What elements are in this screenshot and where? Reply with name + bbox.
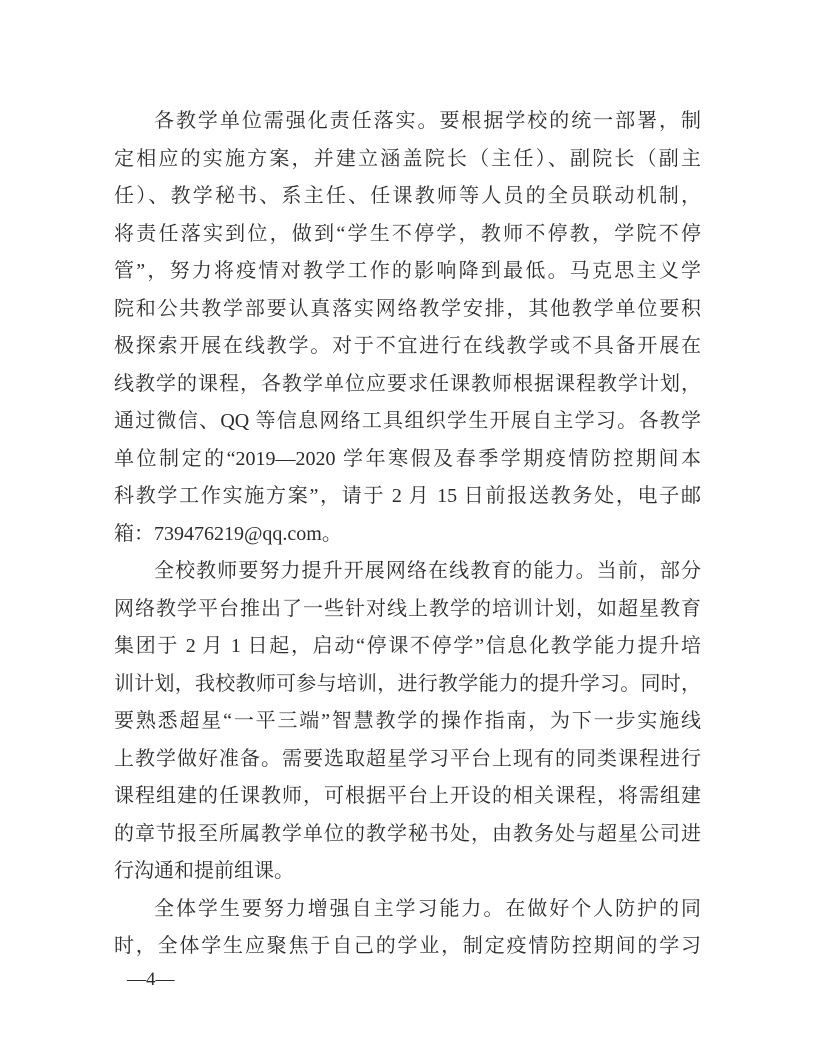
text-line: 单位制定的“2019—2020 学年寒假及春季学期疫情防控期间本 — [114, 441, 701, 479]
document-body: 各教学单位需强化责任落实。要根据学校的统一部署，制定相应的实施方案，并建立涵盖院… — [114, 103, 701, 966]
text-line: 上教学做好准备。需要选取超星学习平台上现有的同类课程进行 — [114, 741, 701, 779]
text-line: 要熟悉超星“一平三端”智慧教学的操作指南，为下一步实施线 — [114, 703, 701, 741]
text-line: 网络教学平台推出了一些针对线上教学的培训计划，如超星教育 — [114, 591, 701, 629]
text-line: 院和公共教学部要认真落实网络教学安排，其他教学单位要积 — [114, 291, 701, 329]
text-line: 集团于 2 月 1 日起，启动“停课不停学”信息化教学能力提升培 — [114, 628, 701, 666]
text-line: 全校教师要努力提升开展网络在线教育的能力。当前，部分 — [114, 553, 701, 591]
text-line: 箱：739476219@qq.com。 — [114, 516, 701, 554]
text-line: 管”，努力将疫情对教学工作的影响降到最低。马克思主义学 — [114, 253, 701, 291]
text-line: 行沟通和提前组课。 — [114, 853, 701, 891]
text-line: 任）、教学秘书、系主任、任课教师等人员的全员联动机制， — [114, 178, 701, 216]
text-line: 时，全体学生应聚焦于自己的学业，制定疫情防控期间的学习 — [114, 928, 701, 966]
page-number: —4— — [127, 968, 175, 992]
text-line: 各教学单位需强化责任落实。要根据学校的统一部署，制 — [114, 103, 701, 141]
document-page: 各教学单位需强化责任落实。要根据学校的统一部署，制定相应的实施方案，并建立涵盖院… — [0, 0, 816, 1056]
text-line: 通过微信、QQ 等信息网络工具组织学生开展自主学习。各教学 — [114, 403, 701, 441]
text-line: 科教学工作实施方案”，请于 2 月 15 日前报送教务处，电子邮 — [114, 478, 701, 516]
text-line: 定相应的实施方案，并建立涵盖院长（主任）、副院长（副主 — [114, 141, 701, 179]
text-line: 训计划，我校教师可参与培训，进行教学能力的提升学习。同时， — [114, 666, 701, 704]
text-line: 将责任落实到位，做到“学生不停学，教师不停教，学院不停 — [114, 216, 701, 254]
text-line: 全体学生要努力增强自主学习能力。在做好个人防护的同 — [114, 891, 701, 929]
text-line: 线教学的课程，各教学单位应要求任课教师根据课程教学计划， — [114, 366, 701, 404]
text-line: 课程组建的任课教师，可根据平台上开设的相关课程，将需组建 — [114, 778, 701, 816]
text-line: 的章节报至所属教学单位的教学秘书处，由教务处与超星公司进 — [114, 816, 701, 854]
text-line: 极探索开展在线教学。对于不宜进行在线教学或不具备开展在 — [114, 328, 701, 366]
